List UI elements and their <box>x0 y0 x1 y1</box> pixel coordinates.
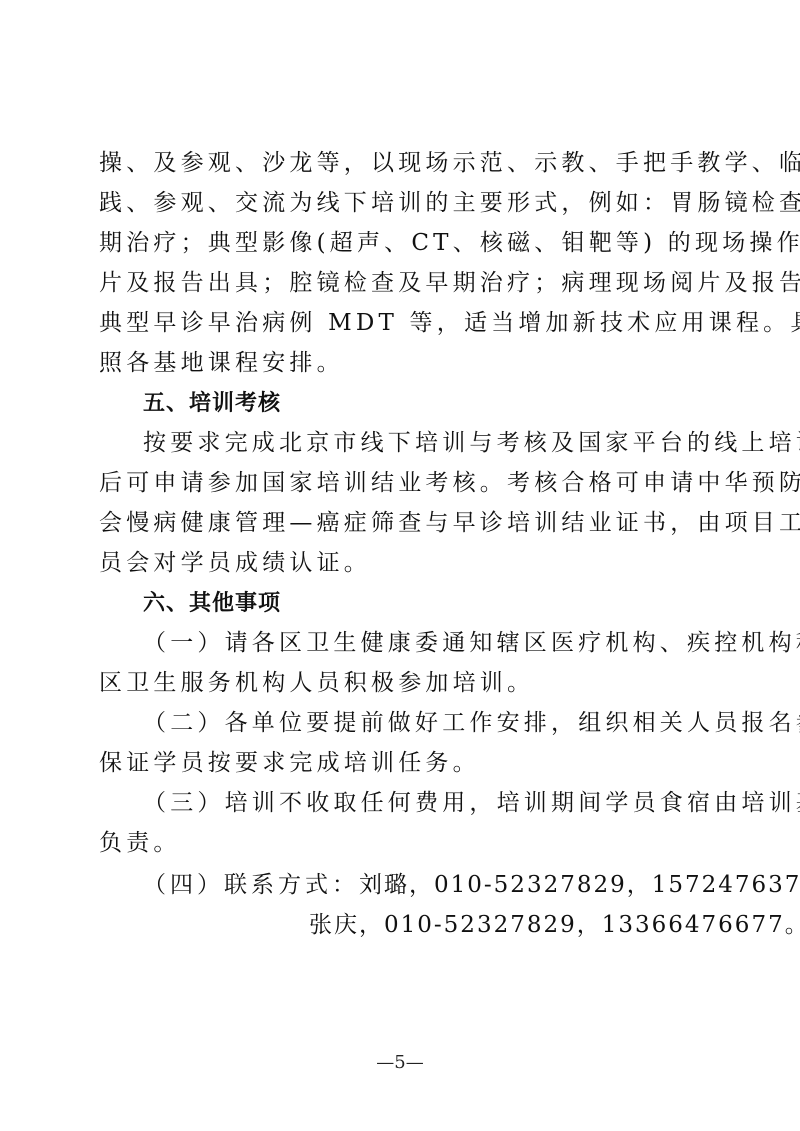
list-item-line: （三）培训不收取任何费用，培训期间学员食宿由培训基地 <box>99 783 703 823</box>
paragraph-line: 典型早诊早治病例 MDT 等，适当增加新技术应用课程。具体请遵 <box>99 303 703 343</box>
paragraph-line: 期治疗；典型影像(超声、CT、核磁、钼靶等) 的现场操作、阅 <box>99 223 703 263</box>
page-number: —5— <box>0 1052 800 1073</box>
list-item-line: 保证学员按要求完成培训任务。 <box>99 743 703 783</box>
paragraph-line: 后可申请参加国家培训结业考核。考核合格可申请中华预防医学 <box>99 463 703 503</box>
contact-person-1: 刘璐，010-52327829，15724763723 <box>359 872 800 898</box>
document-page: 操、及参观、沙龙等，以现场示范、示教、手把手教学、临床实 践、参观、交流为线下培… <box>0 0 800 1131</box>
paragraph-line: 会慢病健康管理—癌症筛查与早诊培训结业证书，由项目工作委 <box>99 503 703 543</box>
contact-label: （四）联系方式： <box>99 863 359 907</box>
contact-info: （四）联系方式：刘璐，010-52327829，15724763723 <box>99 863 703 903</box>
contact-person-2: 张庆，010-52327829，13366476677。 <box>99 903 703 943</box>
paragraph-line: 按要求完成北京市线下培训与考核及国家平台的线上培训 <box>99 423 703 463</box>
paragraph-line: 片及报告出具；腔镜检查及早期治疗；病理现场阅片及报告出具； <box>99 263 703 303</box>
list-item-line: （一）请各区卫生健康委通知辖区医疗机构、疾控机构和社 <box>99 623 703 663</box>
paragraph-line: 操、及参观、沙龙等，以现场示范、示教、手把手教学、临床实 <box>99 143 703 183</box>
section-heading-training-assessment: 五、培训考核 <box>99 383 703 423</box>
document-body: 操、及参观、沙龙等，以现场示范、示教、手把手教学、临床实 践、参观、交流为线下培… <box>99 143 703 943</box>
list-item-line: （二）各单位要提前做好工作安排，组织相关人员报名参加， <box>99 703 703 743</box>
list-item-line: 区卫生服务机构人员积极参加培训。 <box>99 663 703 703</box>
paragraph-line: 照各基地课程安排。 <box>99 343 703 383</box>
section-heading-other-matters: 六、其他事项 <box>99 583 703 623</box>
paragraph-line: 践、参观、交流为线下培训的主要形式，例如：胃肠镜检查及早 <box>99 183 703 223</box>
list-item-line: 负责。 <box>99 823 703 863</box>
paragraph-line: 员会对学员成绩认证。 <box>99 543 703 583</box>
